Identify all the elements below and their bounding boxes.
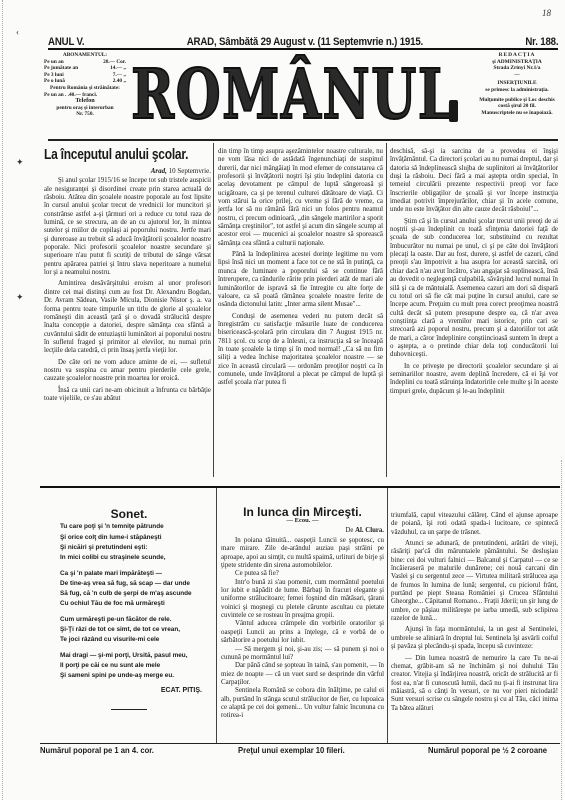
subscription-row: Pe un an28.— Cor.	[44, 59, 126, 66]
paragraph: Conduşi de asemenea vederi nu putem decâ…	[218, 313, 383, 388]
phone-title: Telefon	[44, 98, 126, 105]
scan-edge-left	[2, 0, 3, 800]
stanza: Ca şi 'n palate mari împărăteşti —De tin…	[44, 569, 214, 610]
stanza: Cum urmăreşti pe-un făcător de rele.Şi-Ţ…	[44, 615, 214, 646]
paragraph: Atunci se adunară, de pretutindeni, arăt…	[391, 540, 558, 623]
column-divider	[216, 488, 217, 743]
editorial-separator: —	[474, 72, 560, 79]
editorial-subtitle: şi ADMINISTRAŢIA	[474, 59, 560, 66]
margin-mark: ‹	[16, 27, 19, 37]
masthead-period	[449, 100, 458, 122]
article-title: La începutul anului şcolar.	[44, 146, 178, 164]
paragraph: Amintirea desăvârşitului eroism al unor …	[44, 280, 211, 355]
paragraph: Şi anul şcolar 1915/16 se începe tot sub…	[44, 177, 211, 277]
column-divider	[386, 143, 387, 477]
footer-rule	[40, 743, 560, 744]
stanza: Tu care poţi şi 'n temniţe pătrundeŞi or…	[44, 522, 214, 563]
phone-desc: pentru oraş şi interurban	[44, 105, 126, 112]
paragraph: — Din lumea noastră de nemurire la care …	[391, 655, 558, 713]
manuscripts-note: Manuscriptele nu se înapoiază.	[474, 110, 560, 117]
footer-right: Numărul poporal pe ½ 2 coroane	[428, 745, 547, 755]
editorial-title: REDACŢIA	[474, 52, 560, 59]
subscription-row: Pe jumătate an14.— „	[44, 65, 126, 72]
scan-edge-right	[561, 460, 562, 800]
section-rule	[40, 486, 560, 488]
insertions-text: se primesc la administraţia.	[474, 87, 560, 94]
subscription-row: Pe 3 luni7.— „	[44, 72, 126, 79]
footer-left: Numărul poporal pe 1 an 4. cor.	[40, 745, 154, 755]
margin-mark: ✦	[16, 292, 24, 303]
paragraph: Însă ca unii cari ne-am obicinuit a înfr…	[44, 387, 211, 404]
editorial-box: REDACŢIA şi ADMINISTRAŢIA Strada Zrinyi …	[474, 52, 560, 116]
stanza: Mai dragi — şi-mi porţi, Ursită, pasul m…	[44, 651, 214, 682]
year-label: ANUL V.	[48, 36, 84, 48]
sonnet-title: Sonet.	[44, 510, 214, 518]
page-number: 18	[542, 8, 551, 18]
masthead-title: ROMÂNUL	[130, 55, 457, 135]
paragraph: Ce putea să fie?	[221, 570, 384, 578]
paragraph: De câte ori ne vom aduce aminte de ei, —…	[44, 359, 211, 384]
phone-number: Nr. 750.	[44, 111, 126, 118]
story-column-2: triumfală, capul viteazului călăreţ. Cân…	[391, 512, 558, 713]
header-rule	[48, 48, 558, 50]
article-column-1: La începutul anului şcolar. Arad, 10 Sep…	[44, 146, 211, 403]
story-byline: De Al. Clura.	[221, 527, 384, 535]
paragraph: deschisă, să-şi ia sarcina de a provedea…	[390, 148, 558, 215]
column-divider	[213, 143, 214, 477]
insertions-title: INSERŢIUNILE	[474, 80, 560, 87]
footer-center: Preţul unui exemplar 10 fileri.	[238, 745, 345, 755]
paragraph: — Să mergem şi noi, şi-au zis; — să pune…	[221, 646, 384, 663]
footer-bar: Numărul poporal pe 1 an 4. cor. Preţul u…	[40, 745, 560, 755]
paragraph: In poiana tăinuită... oaspeţii Luncii se…	[221, 537, 384, 570]
header-bar: ANUL V. ARAD, Sâmbătă 29 August v. (11 S…	[48, 36, 558, 48]
paragraph: Ştim că şi în cursul anului şcolar trecu…	[390, 218, 558, 360]
abroad-title: Pentru România şi străinătate:	[44, 85, 126, 92]
story-column-1: In lunca din Mirceşti. — Ecou. — De Al. …	[221, 508, 384, 721]
margin-mark: ✦	[16, 157, 24, 168]
issue-dateline: ARAD, Sâmbătă 29 August v. (11 Septemvri…	[187, 36, 423, 48]
story-title: In lunca din Mirceşti.	[221, 508, 384, 516]
article-dateline: Arad, 10 Septemvrie.	[44, 167, 211, 175]
article-column-2: din timp în timp asupra aşezămintelor no…	[218, 148, 383, 388]
paragraph: Ajunşi în faţa mormântului, la un gest a…	[391, 626, 558, 651]
paragraph: din timp în timp asupra aşezămintelor no…	[218, 148, 383, 248]
subscriptions-title: ABONAMENTUL:	[44, 52, 126, 59]
paragraph: Până la îndeplinirea acestei dorinţe leg…	[218, 251, 383, 309]
issue-number: Nr. 188.	[525, 36, 558, 48]
paragraph: Dar până când se şopteau în taină, s'au …	[221, 662, 384, 687]
pricing-text: Mulţumite publice şi Loc deschis costă ş…	[474, 97, 560, 110]
subscriptions-box: ABONAMENTUL: Pe un an28.— Cor. Pe jumăta…	[44, 52, 126, 118]
sonnet-author: ECAT. PITIŞ.	[44, 687, 214, 695]
paragraph: triumfală, capul viteazului călăreţ. Cân…	[391, 512, 558, 537]
editorial-address: Strada Zrinyi Nr.1/a	[474, 65, 560, 72]
paragraph: Vântul aducea crâmpele din vorbirile ora…	[221, 620, 384, 645]
end-rule	[111, 709, 147, 710]
column-divider	[387, 488, 388, 743]
masthead-rule	[48, 139, 558, 141]
paragraph: Sentinela Română se cobora din înălţime,…	[221, 687, 384, 720]
paragraph: In ce priveşte pe directorii şcoalelor s…	[390, 363, 558, 396]
article-column-3: deschisă, să-şi ia sarcina de a provedea…	[390, 148, 558, 396]
sonnet-column: Sonet. Tu care poţi şi 'n temniţe pătrun…	[44, 510, 214, 710]
subscription-row: Pe o lună2.40 „	[44, 78, 126, 85]
paragraph: Intr'o bună zi s'au pomenit, cum mormânt…	[221, 579, 384, 621]
